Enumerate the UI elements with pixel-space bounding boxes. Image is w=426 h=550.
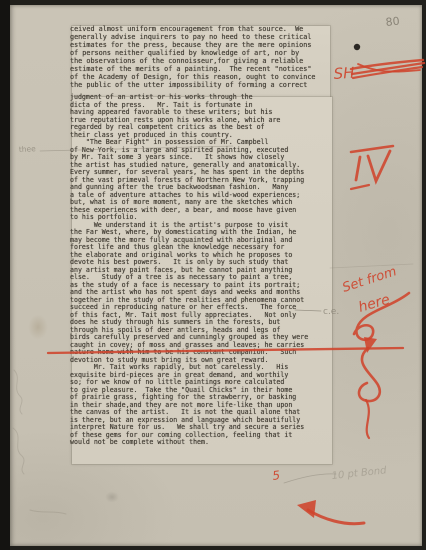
typed-clipping-text: ceived almost uniform encouragement from… xyxy=(70,25,316,89)
typed-line: generally advise inquirers to pay no hee… xyxy=(70,33,316,41)
typed-paragraph: ceived almost uniform encouragement from… xyxy=(70,25,316,89)
typed-line: estimate of the merits of a painting. Th… xyxy=(70,65,316,73)
typed-paragraph: "The Bear Fight" in possession of Mr. Ca… xyxy=(70,139,308,222)
photographed-manuscript: ceived almost uniform encouragement from… xyxy=(0,0,426,550)
typed-line: the public of the utter impossibility of… xyxy=(70,81,316,89)
typed-line: of the Academy of Design, for this reaso… xyxy=(70,73,316,81)
typed-line: estimates for the press, because they ar… xyxy=(70,41,316,49)
typed-line: of persons neither qualified by knowledg… xyxy=(70,49,316,57)
typed-line: ceived almost uniform encouragement from… xyxy=(70,25,316,33)
typed-paragraph: Mr. Tait works rapidly, but not careless… xyxy=(70,364,308,447)
typed-line: would not be complete without them. xyxy=(70,439,308,447)
typed-body-text: judgment of an artist or his works throu… xyxy=(70,94,308,447)
typed-line: the observations of the connoisseur,for … xyxy=(70,57,316,65)
typed-paragraph: judgment of an artist or his works throu… xyxy=(70,94,308,139)
typed-paragraph: We understand it is the artist's purpose… xyxy=(70,222,308,365)
